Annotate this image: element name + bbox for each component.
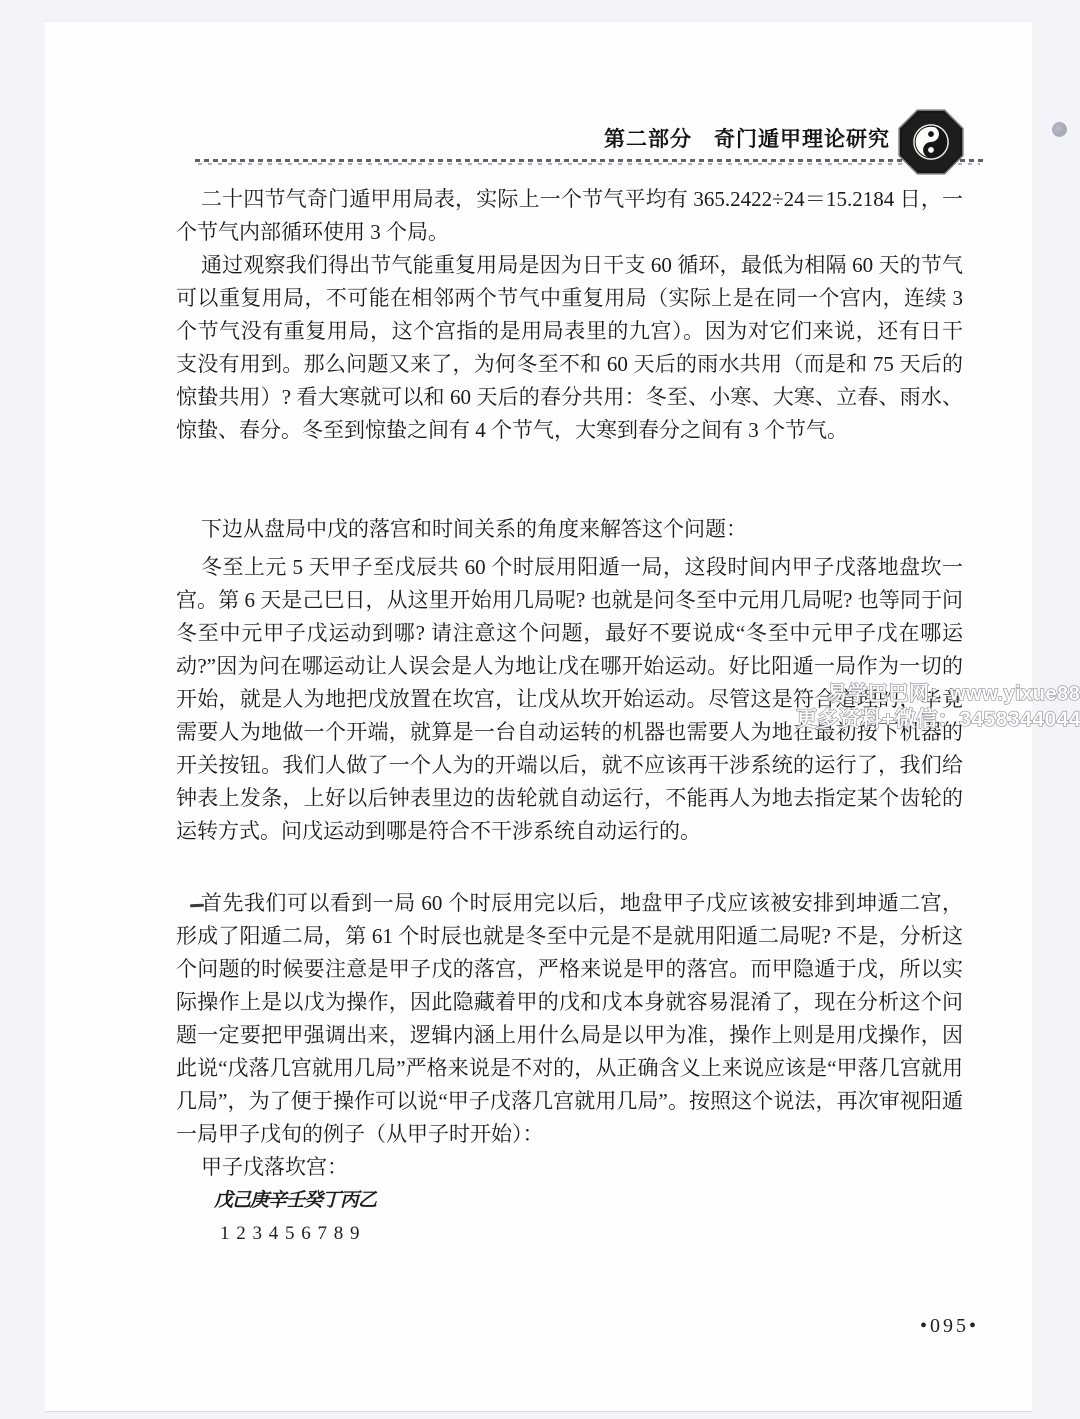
taiji-bagua-icon — [898, 107, 964, 177]
stems-line: 戊己庚辛壬癸丁丙乙 — [176, 1184, 963, 1217]
paragraph-intro: 二十四节气奇门遁甲用局表，实际上一个节气平均有 365.2422÷24＝15.2… — [176, 183, 963, 249]
section-title: 第二部分 奇门遁甲理论研究 — [604, 123, 890, 153]
paragraph-analysis: 首先我们可以看到一局 60 个时辰用完以后，地盘甲子戊应该被安排到坤遁二宫，形成… — [176, 887, 963, 1151]
paragraph-lead-in: 下边从盘局中戊的落宫和时间关系的角度来解答这个问题： — [176, 513, 963, 546]
numbers-line: 1 2 3 4 5 6 7 8 9 — [176, 1217, 963, 1250]
watermark-site-line: 易学巴巴网：www.yixue88.cn — [827, 677, 1080, 706]
scan-page: 第二部分 奇门遁甲理论研究 二十四节气奇门遁甲用局表，实际上一个节气平均有 36… — [0, 0, 1080, 1419]
scan-artifact-dot — [1052, 122, 1067, 137]
paragraph-observation: 通过观察我们得出节气能重复用局是因为日干支 60 循环，最低为相隔 60 天的节… — [176, 249, 963, 447]
header-rule — [195, 159, 985, 166]
page-number: •095• — [920, 1315, 979, 1338]
paragraph-example-title: 甲子戊落坎宫： — [176, 1151, 963, 1184]
watermark-contact-line: 更多资料+微信：3458344044 — [796, 703, 1080, 733]
